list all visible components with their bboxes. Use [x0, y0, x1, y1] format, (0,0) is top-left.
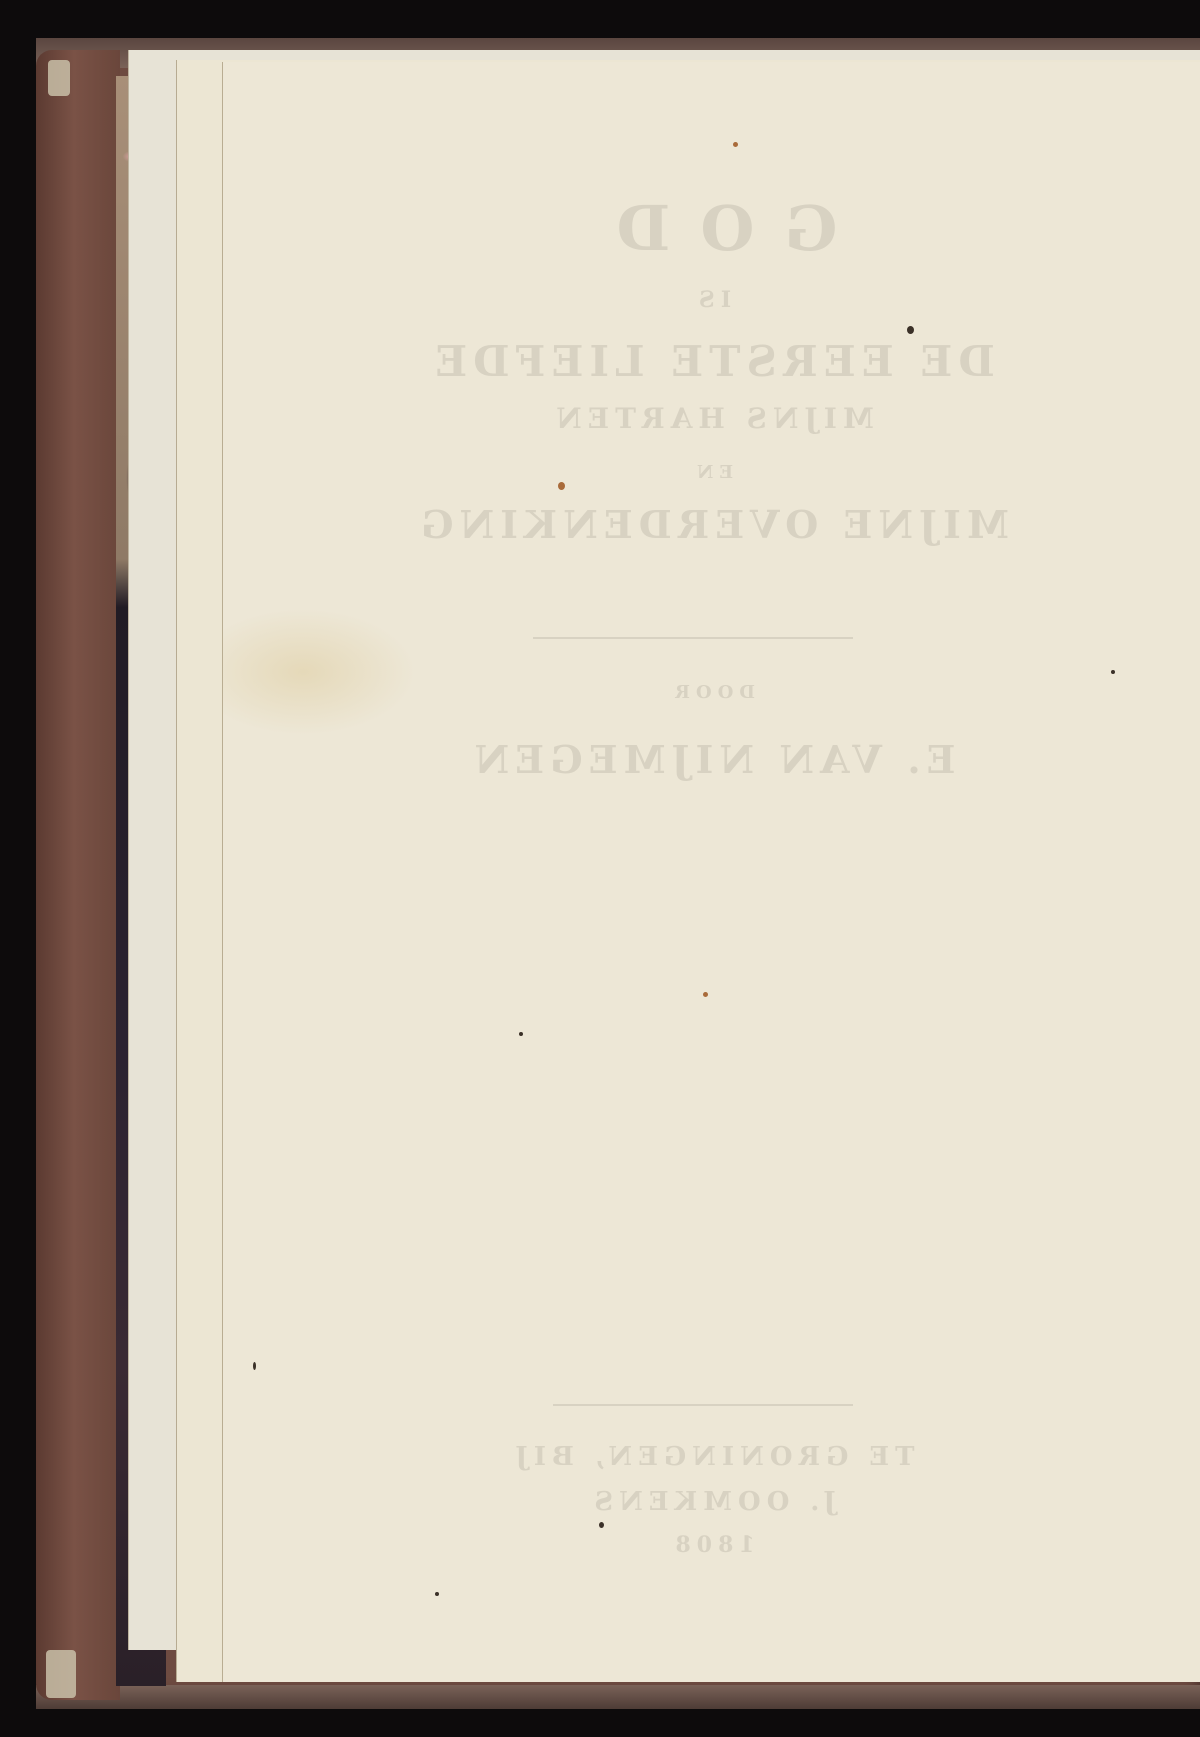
ghost-divider-rule [533, 637, 853, 639]
ghost-title-line-3: DE EERSTE LIEFDE [223, 337, 1200, 386]
ghost-imprint-line-1: TE GRONINGEN, BIJ [223, 1442, 1200, 1472]
ink-speck [253, 1362, 256, 1370]
ink-speck [435, 1592, 439, 1596]
cover-bottom-edge [36, 1685, 1200, 1709]
ghost-imprint-year: 1808 [223, 1532, 1200, 1558]
ghost-title-line-7: DOOR [223, 682, 1200, 703]
worn-corner-top [48, 60, 70, 96]
ghost-title-line-1: GOD [223, 192, 1200, 265]
ink-speck [1111, 670, 1115, 674]
ghost-title-line-6: MIJNE OVERDENKING [223, 502, 1200, 547]
foxing-spot [733, 142, 738, 147]
foxing-spot [703, 992, 708, 997]
ghost-imprint-rule [553, 1404, 853, 1406]
ghost-title-line-2: IS [223, 287, 1200, 313]
worn-corner-bottom [46, 1650, 76, 1698]
ink-speck [519, 1032, 523, 1036]
leather-spine [36, 50, 120, 1700]
ghost-title-line-4: MIJNS HARTEN [223, 402, 1200, 435]
ink-speck [599, 1522, 604, 1528]
ghost-imprint-line-2: J. OOMKENS [223, 1487, 1200, 1517]
book-page: GOD IS DE EERSTE LIEFDE MIJNS HARTEN EN … [222, 62, 1200, 1682]
ghost-author-line: E. VAN NIJMEGEN [223, 737, 1200, 782]
ghost-title-line-5: EN [223, 462, 1200, 483]
foxing-spot [558, 482, 565, 490]
ink-speck [907, 326, 914, 334]
